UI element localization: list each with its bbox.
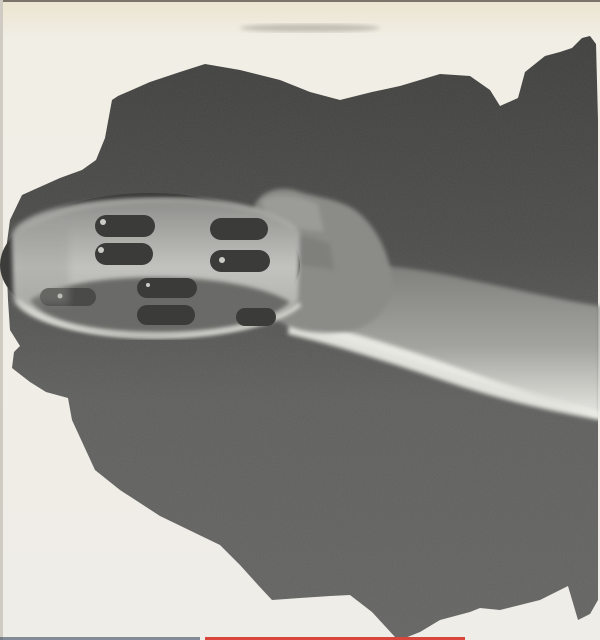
tambourine [0, 193, 300, 337]
cover-artwork [0, 0, 600, 640]
album-cover [0, 0, 600, 640]
